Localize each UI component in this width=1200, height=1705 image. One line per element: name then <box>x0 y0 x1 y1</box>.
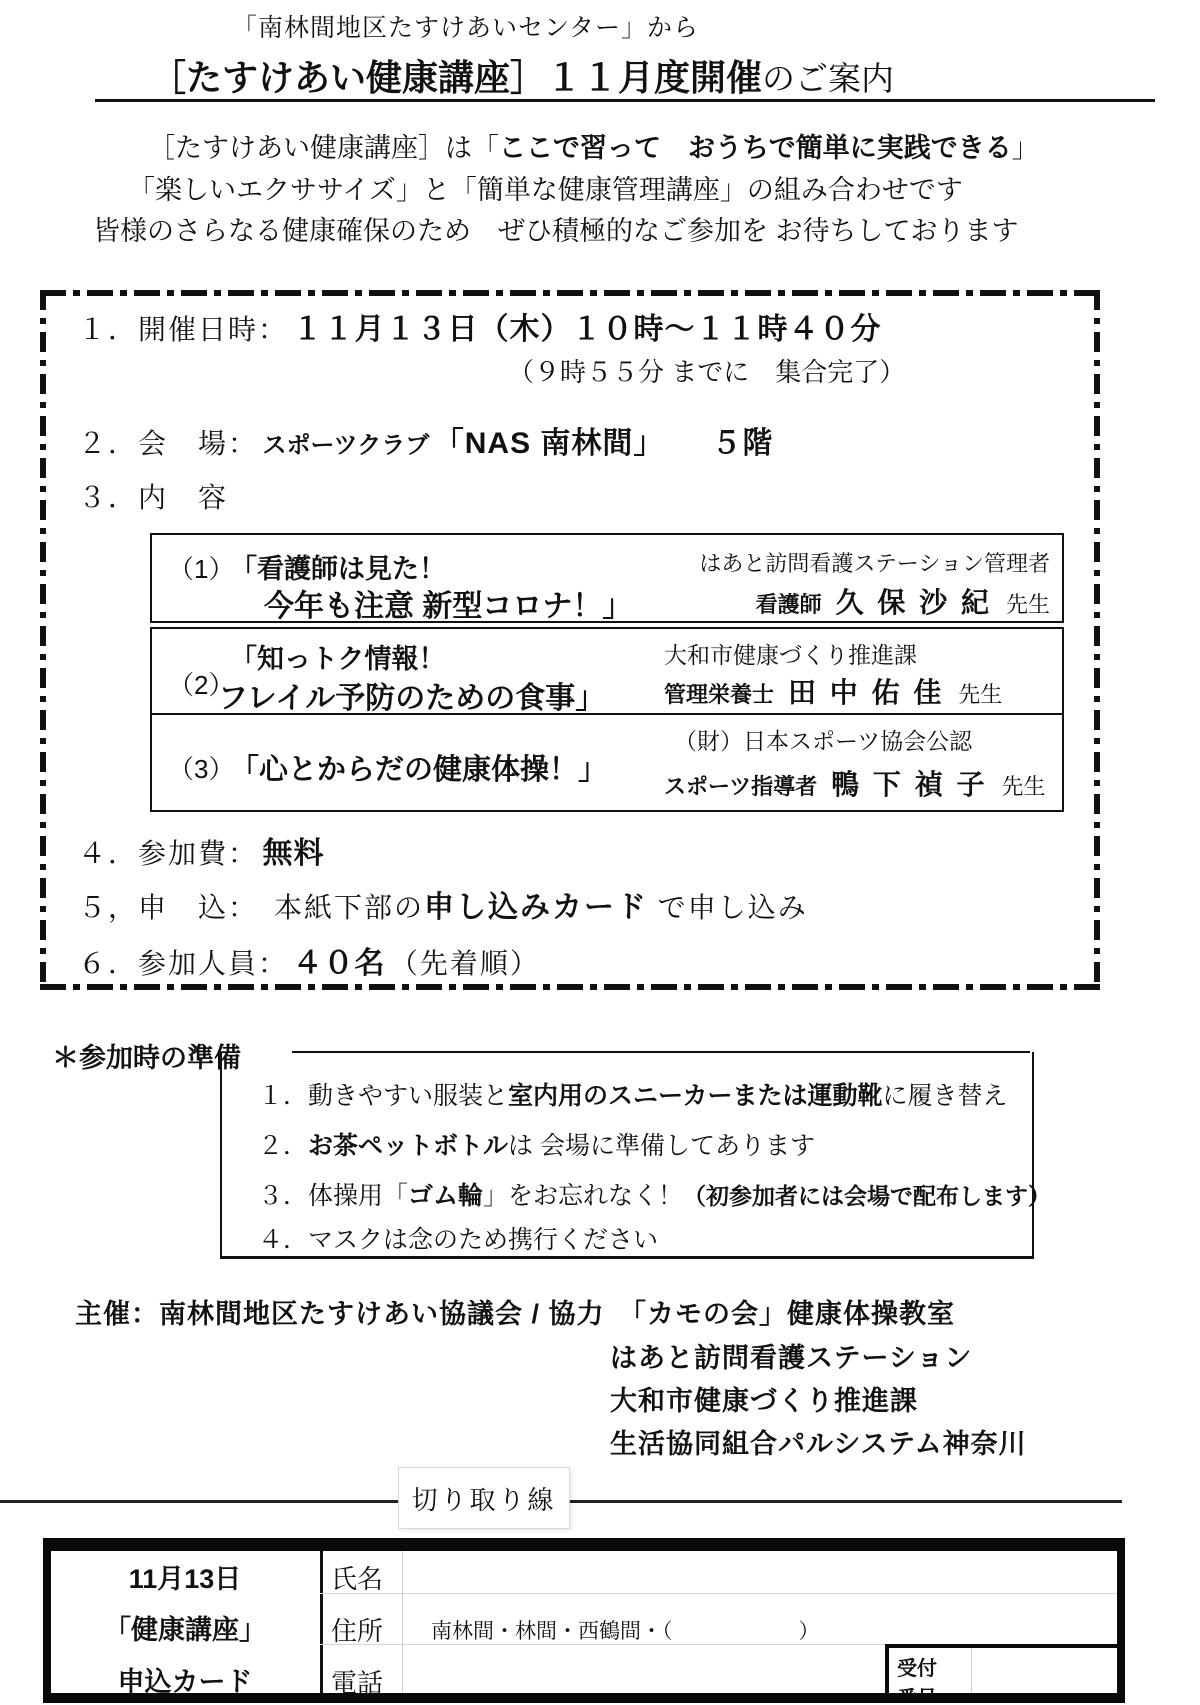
prep-item-3-pre: ３．体操用「 <box>258 1182 408 1210</box>
page-title: ［たすけあい健康講座］１１月度開催のご案内 <box>150 50 894 101</box>
notice-item-contents: ３．内 容 <box>78 476 228 516</box>
address-options: 南林間・林間・西鶴間・（ ） <box>431 1615 820 1645</box>
card-column-divider <box>320 1551 323 1693</box>
intro-line-1-post: 」 <box>1012 133 1039 163</box>
prep-item-3: ３．体操用「ゴム輪」をお忘れなく！（初参加者には会場で配布します） <box>258 1176 1051 1212</box>
cooperator-2: 大和市健康づくり推進課 <box>610 1379 918 1418</box>
cooperator-3: 生活協同組合パルシステム神奈川 <box>610 1422 1027 1461</box>
session-2-lecturer-name: 田 中 佑 佳 <box>788 671 944 711</box>
card-course: 「健康講座」 <box>51 1608 319 1647</box>
prep-item-1: １．動きやすい服装と室内用のスニーカーまたは運動靴に履き替え <box>258 1076 1008 1112</box>
capacity-note: （先着順） <box>390 948 540 979</box>
card-row-divider-1 <box>320 1593 1117 1594</box>
organizer-line: 主催：南林間地区たすけあい協議会 / 協力 「カモの会」健康体操教室 <box>75 1292 955 1331</box>
session-3-organization: （財）日本スポーツ協会公認 <box>674 723 972 756</box>
application-card: 11月13日 「健康講座」 申込カード 氏名 住所 電話 南林間・林間・西鶴間・… <box>43 1538 1125 1703</box>
session-2-title: 「知っトク情報！ <box>230 637 445 676</box>
session-3-lecturer-role: スポーツ指導者 <box>664 770 817 801</box>
notice-item-capacity: ６．参加人員： ４０名 （先着順） <box>78 938 540 982</box>
dashed-border-left <box>40 290 46 990</box>
apply-post: で申し込み <box>648 892 808 923</box>
fee-value: 無料 <box>262 837 324 870</box>
notice-item-datetime: １．開催日時： １１月１３日（木）１０時～１１時４０分 <box>78 304 881 348</box>
intro-line-1-pre: ［たすけあい健康講座］は「 <box>148 133 499 163</box>
address-field-label: 住所 <box>331 1611 383 1648</box>
capacity-label: ６．参加人員： <box>78 948 288 979</box>
session-2-lecturer-suffix: 先生 <box>958 678 1002 709</box>
intro-line-1: ［たすけあい健康講座］は「ここで習って おうちで簡単に実践できる」 <box>148 126 1039 165</box>
card-label-divider <box>402 1551 403 1693</box>
prep-item-1-post: に履き替え <box>883 1082 1008 1110</box>
session-2-organization: 大和市健康づくり推進課 <box>664 637 917 670</box>
venue-value: 「NAS 南林間」 ５階 <box>434 427 774 460</box>
dashed-border-right <box>1094 290 1100 990</box>
dashed-border-top <box>40 290 1100 296</box>
session-1-lecturer-role: 看護師 <box>756 588 822 619</box>
session-1-subtitle: 今年も注意 新型コロナ！」 <box>264 581 632 625</box>
page-title-tail: のご案内 <box>762 60 894 97</box>
receipt-label-line1: 受付 <box>897 1652 937 1681</box>
session-3-title: 「心とからだの健康体操！」 <box>230 747 607 788</box>
assembly-note: （９時５５分 までに 集合完了） <box>508 352 905 389</box>
prep-item-3-post: 」をお忘れなく！ <box>483 1182 683 1210</box>
notice-item-venue: ２．会 場： スポーツクラブ 「NAS 南林間」 ５階 <box>78 418 773 462</box>
session-1-lecturer: 看護師 久 保 沙 紀 先生 <box>756 581 1050 621</box>
session-box-2: （2） 「知っトク情報！ フレイル予防のための食事」 大和市健康づくり推進課 管… <box>150 627 1064 715</box>
session-2-lecturer-role: 管理栄養士 <box>664 678 774 709</box>
session-3-lecturer-suffix: 先生 <box>1001 770 1045 801</box>
receipt-box-divider <box>971 1648 972 1693</box>
notice-item-fee: ４．参加費： 無料 <box>78 828 324 872</box>
receipt-number-box: 受付 番号 <box>885 1644 1117 1693</box>
apply-pre: ５，申 込： 本紙下部の <box>78 892 424 923</box>
notice-box: １．開催日時： １１月１３日（木）１０時～１１時４０分 （９時５５分 までに 集… <box>40 290 1100 990</box>
preparation-heading: ＊参加時の準備 <box>52 1036 241 1075</box>
notice-item-apply: ５，申 込： 本紙下部の申し込みカード で申し込み <box>78 882 808 926</box>
datetime-label: １．開催日時： <box>78 314 288 345</box>
prep-item-2-post: は 会場に準備してあります <box>508 1132 815 1160</box>
session-1-number: （1） <box>168 549 234 586</box>
intro-line-3: 皆様のさらなる健康確保のため ぜひ積極的なご参加を お待ちしております <box>93 209 1019 248</box>
page-title-main: ［たすけあい健康講座］１１月度開催 <box>150 57 762 98</box>
session-3-lecturer-name: 鴨 下 禎 子 <box>831 763 987 803</box>
application-card-inner: 11月13日 「健康講座」 申込カード 氏名 住所 電話 南林間・林間・西鶴間・… <box>51 1551 1117 1693</box>
intro-line-1-bold: ここで習って おうちで簡単に実践できる <box>499 133 1012 163</box>
session-3-lecturer: スポーツ指導者 鴨 下 禎 子 先生 <box>664 763 1045 803</box>
name-field-label: 氏名 <box>331 1559 383 1596</box>
card-title: 申込カード <box>51 1660 319 1693</box>
capacity-value: ４０名 <box>292 947 385 980</box>
session-2-subtitle: フレイル予防のための食事」 <box>218 673 605 717</box>
datetime-value: １１月１３日（木）１０時～１１時４０分 <box>292 313 881 346</box>
sender-line: 「南林間地区たすけあいセンター」から <box>232 8 699 44</box>
session-3-number: （3） <box>168 749 234 786</box>
flyer-page: 「南林間地区たすけあいセンター」から ［たすけあい健康講座］１１月度開催のご案内… <box>0 0 1200 1705</box>
session-1-lecturer-name: 久 保 沙 紀 <box>836 581 992 621</box>
cooperator-1: はあと訪問看護ステーション <box>610 1336 972 1375</box>
title-underline <box>95 99 1155 102</box>
prep-item-2-pre: ２． <box>258 1132 308 1160</box>
prep-item-4-pre: ４．マスクは念のため携行ください <box>258 1226 658 1254</box>
session-box-3: （3） 「心とからだの健康体操！」 （財）日本スポーツ協会公認 スポーツ指導者 … <box>150 713 1064 812</box>
venue-label: ２．会 場： <box>78 428 258 459</box>
prep-item-3-bold: ゴム輪 <box>408 1182 483 1210</box>
session-1-lecturer-suffix: 先生 <box>1006 588 1050 619</box>
apply-bold: 申し込みカード <box>424 891 648 924</box>
prep-item-4: ４．マスクは念のため携行ください <box>258 1220 658 1256</box>
card-date: 11月13日 <box>51 1557 319 1596</box>
preparation-box: １．動きやすい服装と室内用のスニーカーまたは運動靴に履き替え ２．お茶ペットボト… <box>220 1052 1034 1259</box>
receipt-label-line2: 番号 <box>897 1682 937 1693</box>
venue-value-small: スポーツクラブ <box>262 432 429 459</box>
intro-line-2: 「楽しいエクササイズ」と「簡単な健康管理講座」の組み合わせです <box>128 168 963 207</box>
prep-item-3-note: （初参加者には会場で配布します） <box>683 1183 1051 1209</box>
session-box-1: （1） 「看護師は見た！ 今年も注意 新型コロナ！」 はあと訪問看護ステーション… <box>150 533 1064 623</box>
prep-item-1-pre: １．動きやすい服装と <box>258 1082 508 1110</box>
dashed-border-bottom <box>40 984 1100 990</box>
fee-label: ４．参加費： <box>78 838 258 869</box>
prep-item-2: ２．お茶ペットボトルは 会場に準備してあります <box>258 1126 815 1162</box>
session-2-lecturer: 管理栄養士 田 中 佑 佳 先生 <box>664 671 1002 711</box>
prep-item-2-bold: お茶ペットボトル <box>308 1132 508 1160</box>
cut-line-label: 切り取り線 <box>398 1467 570 1529</box>
cut-line-label-text: 切り取り線 <box>411 1480 556 1517</box>
session-1-organization: はあと訪問看護ステーション管理者 <box>699 547 1050 578</box>
prep-item-1-bold: 室内用のスニーカーまたは運動靴 <box>508 1082 883 1110</box>
phone-field-label: 電話 <box>331 1663 383 1693</box>
